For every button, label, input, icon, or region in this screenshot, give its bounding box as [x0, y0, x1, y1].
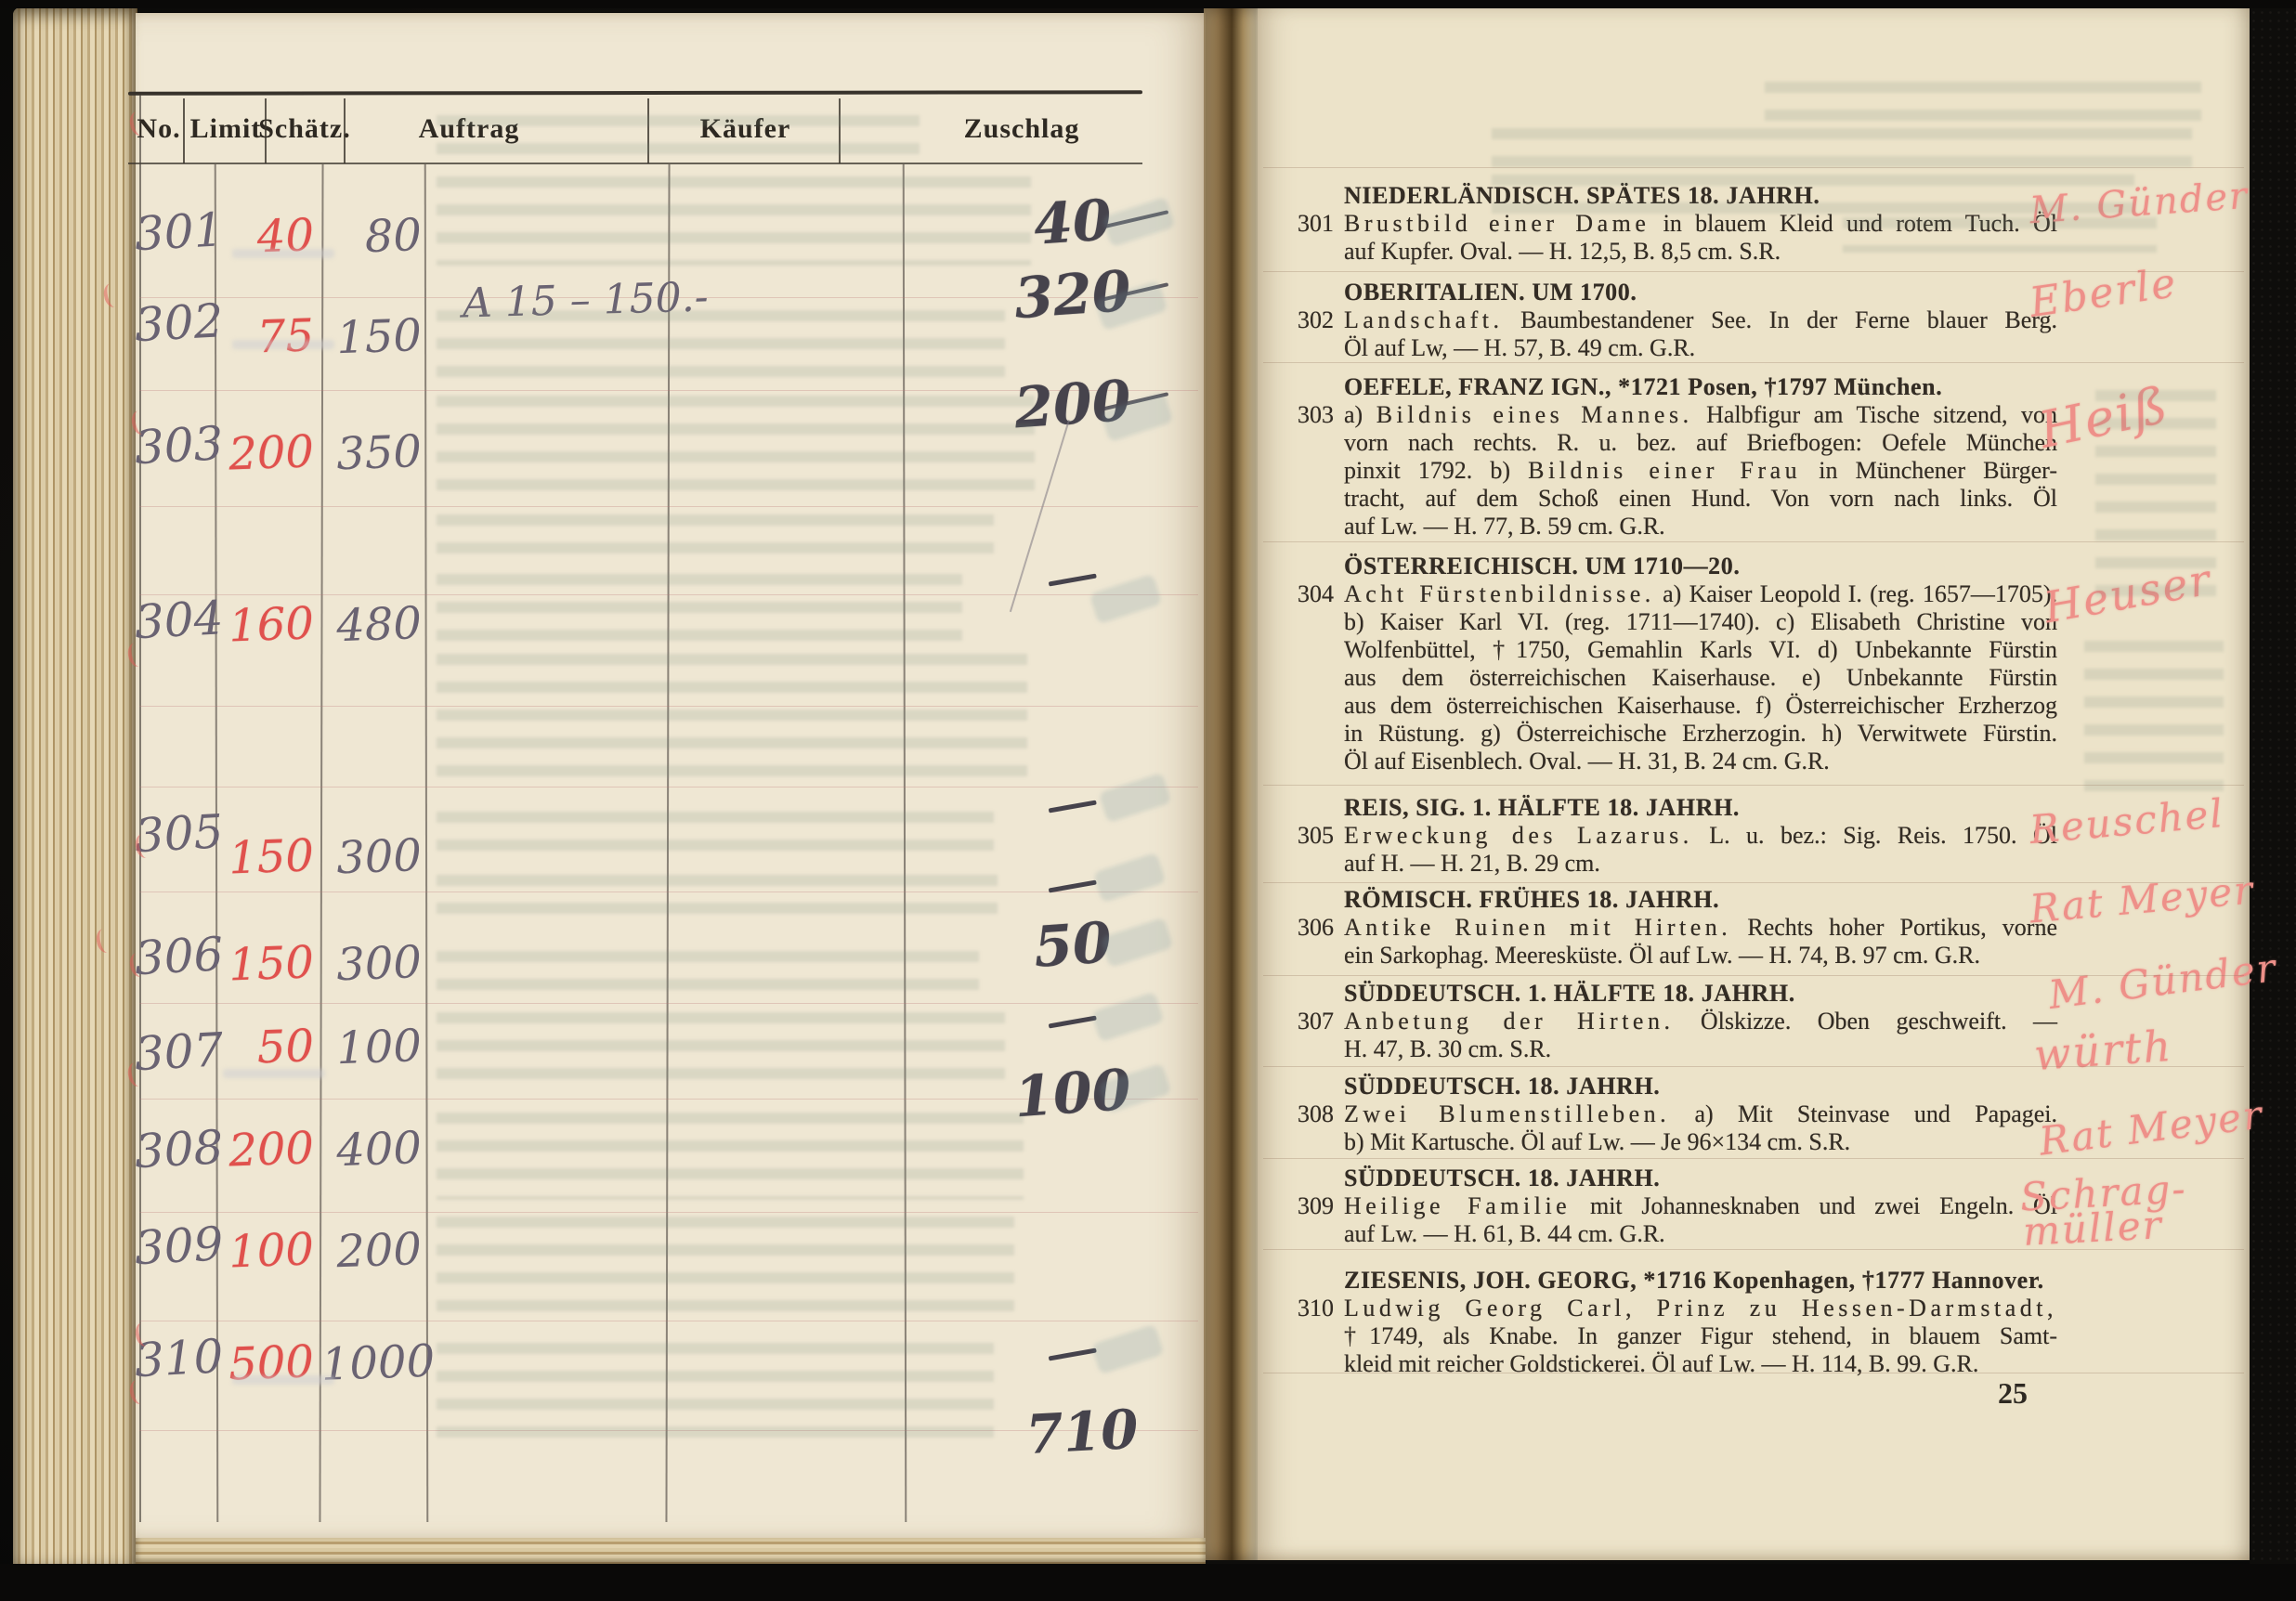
- margin-annotation: würth: [2032, 1021, 2174, 1080]
- header-divider-tick: [344, 98, 346, 163]
- whiteout-smear: [223, 1069, 325, 1078]
- section-heading: RÖMISCH. FRÜHES 18. JAHRH.: [1344, 886, 2060, 914]
- section-heading: REIS, SIG. 1. HÄLFTE 18. JAHRH.: [1344, 794, 2060, 822]
- lot-number: 308: [1289, 1100, 1334, 1128]
- line-text: auf H. — H. 21, B. 29 cm.: [1344, 850, 1600, 877]
- bleed-through-text: [437, 1012, 1005, 1092]
- line-text: vorn nach rechts. R. u. bez. auf Briefbo…: [1344, 429, 2057, 456]
- entry-line: tracht, auf dem Schoß einen Hund. Von vo…: [1344, 485, 2057, 513]
- entry-line: in Rüstung. g) Österreichische Erzherzog…: [1344, 720, 2057, 748]
- section-heading: SÜDDEUTSCH. 1. HÄLFTE 18. JAHRH.: [1344, 980, 2060, 1008]
- column-header-zuschlag: Zuschlag: [957, 113, 1087, 150]
- entry-line: vorn nach rechts. R. u. bez. auf Briefbo…: [1344, 429, 2057, 457]
- emphasized-title: Landschaft.: [1344, 306, 1504, 333]
- lot-number: 307: [1289, 1008, 1334, 1035]
- line-text: auf Lw. — H. 61, B. 44 cm. G.R.: [1344, 1220, 1665, 1247]
- section-heading: ZIESENIS, JOH. GEORG, *1716 Kopenhagen, …: [1344, 1267, 2060, 1295]
- book-gutter: [1204, 7, 1258, 1560]
- bleed-through-text: [437, 1113, 1024, 1200]
- lot-number: 309: [1289, 1192, 1334, 1220]
- whiteout-smear: [232, 1375, 334, 1385]
- catalog-entry: 304Acht Fürstenbildnisse. a) Kaiser Leop…: [1344, 580, 2057, 775]
- section-heading: OEFELE, FRANZ IGN., *1721 Posen, †1797 M…: [1344, 373, 2060, 401]
- emphasized-title: Heilige Familie: [1344, 1192, 1571, 1219]
- line-text: Öl auf Lw, — H. 57, B. 49 cm. G.R.: [1344, 334, 1695, 361]
- book-cover-edge: [2250, 0, 2296, 1601]
- book-scan: No. Limit Schätz. Auftrag Käufer Zuschla…: [0, 0, 2296, 1601]
- entry-line: Landschaft. Baumbestandener See. In der …: [1344, 306, 2057, 334]
- line-text: Rechts hoher Portikus, vorne: [1731, 914, 2057, 941]
- catalog-section: OBERITALIEN. UM 1700.302Landschaft. Baum…: [1289, 279, 2060, 362]
- zuschlag-dash: [1049, 880, 1097, 893]
- catalog-entry: 310Ludwig Georg Carl, Prinz zu Hessen-Da…: [1344, 1295, 2057, 1378]
- schatz-value: 1000: [320, 1334, 423, 1397]
- zuschlag-dash: [1049, 574, 1097, 587]
- emphasized-title: Ludwig Georg Carl, Prinz zu Hessen-Darms…: [1344, 1295, 2057, 1321]
- entry-line: Anbetung der Hirten. Ölskizze. Oben gesc…: [1344, 1008, 2057, 1035]
- bleed-through-text: [437, 951, 979, 1003]
- bleed-through-text: [437, 574, 962, 646]
- limit-value: 500: [220, 1334, 315, 1396]
- no-value: 302: [133, 293, 215, 357]
- bleed-through-text: [437, 396, 1035, 507]
- emphasized-title: Erweckung des Lazarus.: [1344, 822, 1693, 849]
- bleed-through-text: [437, 1343, 994, 1447]
- entry-line: Erweckung des Lazarus. L. u. bez.: Sig. …: [1344, 822, 2057, 850]
- catalog-section: RÖMISCH. FRÜHES 18. JAHRH.306Antike Ruin…: [1289, 886, 2060, 970]
- no-value: 308: [133, 1120, 215, 1183]
- entry-line: pinxit 1792. b) Bildnis einer Frau in Mü…: [1344, 457, 2057, 485]
- entry-line: Öl auf Eisenblech. Oval. — H. 31, B. 24 …: [1344, 748, 2057, 775]
- line-text: tracht, auf dem Schoß einen Hund. Von vo…: [1344, 485, 2057, 512]
- entry-line: Heilige Familie mit Johannesknaben und z…: [1344, 1192, 2057, 1220]
- lot-number: 310: [1289, 1295, 1334, 1322]
- catalog-entry: 306Antike Ruinen mit Hirten. Rechts hohe…: [1344, 914, 2057, 970]
- bleed-through-text: [437, 115, 920, 163]
- catalog-entry: 303a) Bildnis eines Mannes. Halbfigur am…: [1344, 401, 2057, 540]
- bleed-through-text: [437, 176, 1031, 266]
- bleed-through-text: [1765, 82, 2201, 126]
- line-text: a): [1344, 401, 1376, 428]
- schatz-value: 400: [320, 1120, 423, 1183]
- entry-line: ein Sarkophag. Meeresküste. Öl auf Lw. —…: [1344, 942, 2057, 970]
- entry-line: Antike Ruinen mit Hirten. Rechts hoher P…: [1344, 914, 2057, 942]
- emphasized-title: Zwei Blumenstilleben.: [1344, 1100, 1670, 1127]
- right-page-faint-rule: [1263, 167, 2244, 168]
- emphasized-title: Anbetung der Hirten.: [1344, 1008, 1674, 1035]
- catalog-entry: 302Landschaft. Baumbestandener See. In d…: [1344, 306, 2057, 362]
- line-text: mit Johannesknaben und zwei Engeln. Öl: [1571, 1192, 2057, 1219]
- right-page-faint-rule: [1263, 975, 2244, 976]
- bleed-through-text: [437, 654, 1027, 786]
- lot-number: 304: [1289, 580, 1334, 608]
- bleed-through-text: [1492, 128, 2192, 173]
- schatz-value: 200: [320, 1221, 423, 1284]
- line-text: b) Mit Kartusche. Öl auf Lw. — Je 96×134…: [1344, 1128, 1850, 1155]
- line-text: †1749, als Knabe. In ganzer Figur stehen…: [1344, 1322, 2057, 1349]
- line-text: Wolfenbüttel, †1750, Gemahlin Karls VI. …: [1344, 636, 2057, 663]
- entry-line: b) Mit Kartusche. Öl auf Lw. — Je 96×134…: [1344, 1128, 2057, 1156]
- entry-line: Zwei Blumenstilleben. a) Mit Steinvase u…: [1344, 1100, 2057, 1128]
- schatz-value: 80: [320, 207, 423, 270]
- schatz-value: 350: [320, 423, 423, 487]
- entry-line: aus dem österreichischen Kaiserhause. f)…: [1344, 692, 2057, 720]
- header-divider-tick: [183, 98, 185, 163]
- catalog-section: SÜDDEUTSCH. 1. HÄLFTE 18. JAHRH.307Anbet…: [1289, 980, 2060, 1063]
- bleed-through-text: [437, 1217, 1014, 1326]
- catalog-section: SÜDDEUTSCH. 18. JAHRH.309Heilige Familie…: [1289, 1165, 2060, 1248]
- limit-value: 75: [220, 307, 315, 370]
- line-text: Ölskizze. Oben geschweift. —: [1674, 1008, 2057, 1035]
- zuschlag-dash: [1049, 1348, 1097, 1361]
- line-text: in Rüstung. g) Österreichische Erzherzog…: [1344, 720, 2057, 747]
- limit-value: 150: [220, 827, 315, 890]
- line-text: in Münchener Bürger-: [1801, 457, 2057, 484]
- line-text: aus dem österreichischen Kaiserhause. f)…: [1344, 692, 2057, 719]
- limit-value: 200: [220, 1120, 315, 1182]
- limit-value: 40: [220, 207, 315, 269]
- right-page-faint-rule: [1263, 1158, 2244, 1159]
- no-value: 309: [133, 1217, 215, 1280]
- column-header-schatz: Schätz.: [258, 113, 351, 150]
- lot-number: 306: [1289, 914, 1334, 942]
- lot-number: 305: [1289, 822, 1334, 850]
- limit-value: 200: [220, 423, 315, 486]
- row-separator-line: [139, 1212, 1198, 1213]
- bleed-through-text: [437, 310, 1005, 392]
- schatz-value: 480: [320, 595, 423, 658]
- line-text: Baumbestandener See. In der Ferne blauer…: [1504, 306, 2057, 333]
- catalog-entry: 305Erweckung des Lazarus. L. u. bez.: Si…: [1344, 822, 2057, 878]
- catalog-entry: 308Zwei Blumenstilleben. a) Mit Steinvas…: [1344, 1100, 2057, 1156]
- right-page-faint-rule: [1263, 882, 2244, 883]
- lot-number: 303: [1289, 401, 1334, 429]
- page-edge-stack: [13, 7, 137, 1579]
- line-text: ein Sarkophag. Meeresküste. Öl auf Lw. —…: [1344, 942, 1980, 969]
- background-bottom: [0, 1564, 2296, 1601]
- schatz-value: 300: [320, 934, 423, 997]
- entry-line: Wolfenbüttel, †1750, Gemahlin Karls VI. …: [1344, 636, 2057, 664]
- entry-line: Öl auf Lw, — H. 57, B. 49 cm. G.R.: [1344, 334, 2057, 362]
- line-text: L. u. bez.: Sig. Reis. 1750. Öl: [1693, 822, 2057, 849]
- bleed-through-text: [1492, 175, 2134, 215]
- entry-line: a) Bildnis eines Mannes. Halbfigur am Ti…: [1344, 401, 2057, 429]
- column-header-limit: Limit: [184, 113, 267, 150]
- right-page-faint-rule: [1263, 1066, 2244, 1067]
- line-text: Halbfigur am Tische sitzend, von: [1693, 401, 2057, 428]
- zuschlag-dash: [1049, 1016, 1097, 1029]
- emphasized-title: Bildnis einer Frau: [1528, 457, 1801, 484]
- line-text: Öl auf Eisenblech. Oval. — H. 31, B. 24 …: [1344, 748, 1830, 774]
- catalog-section: OEFELE, FRANZ IGN., *1721 Posen, †1797 M…: [1289, 373, 2060, 540]
- line-text: b) Kaiser Karl VI. (reg. 1711—1740). c) …: [1344, 608, 2057, 635]
- section-heading: SÜDDEUTSCH. 18. JAHRH.: [1344, 1073, 2060, 1100]
- right-page-faint-rule: [1263, 1249, 2244, 1250]
- page-bottom-edge: [136, 1538, 1206, 1566]
- entry-line: auf Lw. — H. 61, B. 44 cm. G.R.: [1344, 1220, 2057, 1248]
- lot-number: 301: [1289, 210, 1334, 238]
- right-page-faint-rule: [1263, 541, 2244, 542]
- entry-line: auf Lw. — H. 77, B. 59 cm. G.R.: [1344, 513, 2057, 540]
- section-heading: OBERITALIEN. UM 1700.: [1344, 279, 2060, 306]
- entry-line: kleid mit reicher Goldstickerei. Öl auf …: [1344, 1350, 2057, 1378]
- entry-line: auf H. — H. 21, B. 29 cm.: [1344, 850, 2057, 878]
- catalog-entry: 307Anbetung der Hirten. Ölskizze. Oben g…: [1344, 1008, 2057, 1063]
- right-page-faint-rule: [1263, 785, 2244, 786]
- no-value: 304: [133, 591, 215, 654]
- header-divider-tick: [265, 98, 267, 163]
- bleed-through-text: [2084, 641, 2224, 799]
- limit-value: 160: [220, 595, 315, 657]
- page-number: 25: [1980, 1376, 2045, 1411]
- bleed-through-text: [1843, 217, 2157, 253]
- line-text: auf Lw. — H. 77, B. 59 cm. G.R.: [1344, 513, 1665, 540]
- background-top: [0, 0, 2296, 8]
- entry-line: †1749, als Knabe. In ganzer Figur stehen…: [1344, 1322, 2057, 1350]
- line-text: pinxit 1792. b): [1344, 457, 1528, 484]
- entry-line: H. 47, B. 30 cm. S.R.: [1344, 1035, 2057, 1063]
- no-value: 301: [133, 202, 215, 266]
- zuschlag-dash: [1049, 800, 1097, 814]
- schatz-value: 150: [320, 307, 423, 371]
- handwritten-total: 710: [1015, 1397, 1148, 1466]
- schatz-value: 100: [320, 1018, 423, 1081]
- right-page-faint-rule: [1263, 271, 2244, 272]
- entry-line: aus dem österreichischen Kaiserhause. e)…: [1344, 664, 2057, 692]
- emphasized-title: Antike Ruinen mit Hirten.: [1344, 914, 1731, 941]
- section-heading: SÜDDEUTSCH. 18. JAHRH.: [1344, 1165, 2060, 1192]
- bleed-through-text: [437, 514, 994, 557]
- whiteout-smear: [232, 340, 334, 349]
- right-page-faint-rule: [1263, 1373, 2244, 1373]
- whiteout-smear: [232, 249, 334, 258]
- limit-value: 150: [220, 934, 315, 996]
- catalog-section: REIS, SIG. 1. HÄLFTE 18. JAHRH.305Erweck…: [1289, 794, 2060, 878]
- right-page-faint-rule: [1263, 362, 2244, 363]
- bleed-through-text: [2095, 390, 2216, 613]
- entry-line: Acht Fürstenbildnisse. a) Kaiser Leopold…: [1344, 580, 2057, 608]
- emphasized-title: Bildnis eines Mannes.: [1376, 401, 1693, 428]
- line-text: a) Mit Steinvase und Papagei.: [1670, 1100, 2057, 1127]
- line-text: auf Kupfer. Oval. — H. 12,5, B. 8,5 cm. …: [1344, 238, 1781, 265]
- catalog-section: ÖSTERREICHISCH. UM 1710—20.304Acht Fürst…: [1289, 553, 2060, 775]
- catalog-section: SÜDDEUTSCH. 18. JAHRH.308Zwei Blumenstil…: [1289, 1073, 2060, 1156]
- line-text: aus dem österreichischen Kaiserhause. e)…: [1344, 664, 2057, 691]
- bleed-through-text: [437, 812, 994, 866]
- bleed-through-text: [437, 875, 998, 931]
- schatz-value: 300: [320, 827, 423, 891]
- margin-annotation: müller: [2022, 1202, 2164, 1255]
- line-text: H. 47, B. 30 cm. S.R.: [1344, 1035, 1551, 1062]
- entry-line: b) Kaiser Karl VI. (reg. 1711—1740). c) …: [1344, 608, 2057, 636]
- catalog-entry: 309Heilige Familie mit Johannesknaben un…: [1344, 1192, 2057, 1248]
- limit-value: 100: [220, 1221, 315, 1283]
- emphasized-title: Acht Fürstenbildnisse.: [1344, 580, 1655, 607]
- lot-number: 302: [1289, 306, 1334, 334]
- section-heading: ÖSTERREICHISCH. UM 1710—20.: [1344, 553, 2060, 580]
- entry-line: Ludwig Georg Carl, Prinz zu Hessen-Darms…: [1344, 1295, 2057, 1322]
- line-text: a) Kaiser Leopold I. (reg. 1657—1705).: [1655, 580, 2057, 607]
- catalog-section: ZIESENIS, JOH. GEORG, *1716 Kopenhagen, …: [1289, 1267, 2060, 1378]
